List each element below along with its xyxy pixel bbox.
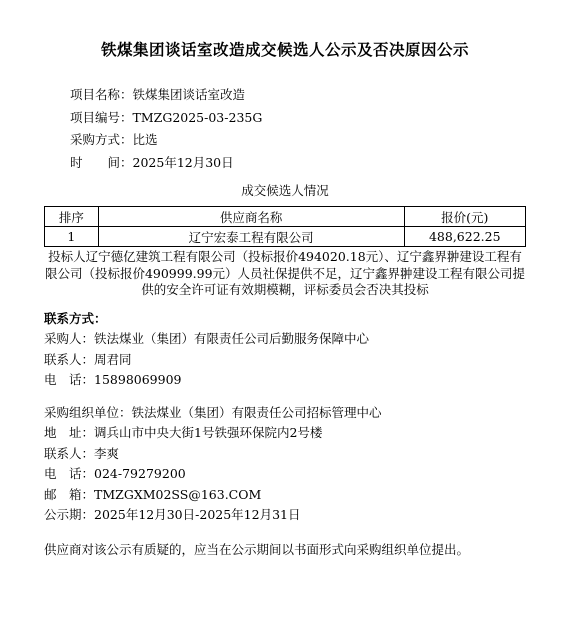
procurement-method-line: 采购方式：比选 bbox=[70, 129, 526, 152]
purchaser-contact-block: 采购人：铁法煤业（集团）有限责任公司后勤服务保障中心 联系人：周君同 电 话：1… bbox=[44, 329, 526, 391]
project-name-value: 铁煤集团谈话室改造 bbox=[133, 87, 246, 102]
cell-bid-price: 488,622.25 bbox=[404, 227, 525, 247]
procurement-method-value: 比选 bbox=[133, 132, 158, 147]
organizer-contact-person-label: 联系人： bbox=[44, 446, 94, 461]
announcement-time-label: 时 间： bbox=[70, 155, 133, 170]
purchaser-label: 采购人： bbox=[44, 331, 94, 346]
cell-rank: 1 bbox=[45, 227, 99, 247]
organizer-phone-value: 024-79279200 bbox=[94, 466, 186, 481]
organizer-address-label: 地 址： bbox=[44, 425, 94, 440]
purchaser-phone-value: 15898069909 bbox=[94, 372, 181, 387]
project-number-line: 项目编号：TMZG2025-03-235G bbox=[70, 107, 526, 130]
organizer-address-line: 地 址：调兵山市中央大街1号铁强环保院内2号楼 bbox=[44, 423, 526, 444]
purchaser-line: 采购人：铁法煤业（集团）有限责任公司后勤服务保障中心 bbox=[44, 329, 526, 350]
announcement-time-value: 2025年12月30日 bbox=[133, 155, 234, 170]
project-name-line: 项目名称：铁煤集团谈话室改造 bbox=[70, 84, 526, 107]
page-title: 铁煤集团谈话室改造成交候选人公示及否决原因公示 bbox=[44, 40, 526, 60]
organizer-label: 采购组织单位： bbox=[44, 405, 132, 420]
objection-instruction-note: 供应商对该公示有质疑的，应当在公示期间以书面形式向采购组织单位提出。 bbox=[44, 540, 526, 560]
publicity-period-line: 公示期：2025年12月30日-2025年12月31日 bbox=[44, 505, 526, 526]
purchaser-value: 铁法煤业（集团）有限责任公司后勤服务保障中心 bbox=[94, 331, 369, 346]
table-row: 1 辽宁宏泰工程有限公司 488,622.25 bbox=[45, 227, 526, 247]
publicity-period-label: 公示期： bbox=[44, 507, 94, 522]
purchaser-phone-line: 电 话：15898069909 bbox=[44, 370, 526, 391]
organizer-phone-line: 电 话：024-79279200 bbox=[44, 464, 526, 485]
cell-supplier-name: 辽宁宏泰工程有限公司 bbox=[98, 227, 404, 247]
organizer-phone-label: 电 话： bbox=[44, 466, 94, 481]
purchaser-contact-person-value: 周君同 bbox=[94, 352, 132, 367]
header-supplier-name: 供应商名称 bbox=[98, 207, 404, 227]
organizer-email-label: 邮 箱： bbox=[44, 487, 94, 502]
procurement-method-label: 采购方式： bbox=[70, 132, 133, 147]
project-number-value: TMZG2025-03-235G bbox=[133, 110, 263, 125]
announcement-time-line: 时 间：2025年12月30日 bbox=[70, 152, 526, 175]
organizer-email-line: 邮 箱：TMZGXM02SS@163.COM bbox=[44, 485, 526, 506]
purchaser-contact-person-line: 联系人：周君同 bbox=[44, 350, 526, 371]
contact-section-heading: 联系方式： bbox=[44, 309, 526, 330]
header-rank: 排序 bbox=[45, 207, 99, 227]
header-bid-price: 报价(元) bbox=[404, 207, 525, 227]
purchaser-phone-label: 电 话： bbox=[44, 372, 94, 387]
candidates-table-caption: 成交候选人情况 bbox=[44, 182, 526, 200]
project-name-label: 项目名称： bbox=[70, 87, 133, 102]
organizer-value: 铁法煤业（集团）有限责任公司招标管理中心 bbox=[132, 405, 382, 420]
purchaser-contact-person-label: 联系人： bbox=[44, 352, 94, 367]
announcement-document: 铁煤集团谈话室改造成交候选人公示及否决原因公示 项目名称：铁煤集团谈话室改造 项… bbox=[0, 0, 570, 635]
candidates-table-header-row: 排序 供应商名称 报价(元) bbox=[45, 207, 526, 227]
organizer-line: 采购组织单位：铁法煤业（集团）有限责任公司招标管理中心 bbox=[44, 403, 526, 424]
organizer-contact-person-value: 李爽 bbox=[94, 446, 119, 461]
publicity-period-value: 2025年12月30日-2025年12月31日 bbox=[94, 507, 300, 522]
project-number-label: 项目编号： bbox=[70, 110, 133, 125]
organizer-contact-block: 采购组织单位：铁法煤业（集团）有限责任公司招标管理中心 地 址：调兵山市中央大街… bbox=[44, 403, 526, 526]
organizer-email-value: TMZGXM02SS@163.COM bbox=[94, 487, 261, 502]
rejection-reason-note: 投标人辽宁德亿建筑工程有限公司（投标报价494020.18元）、辽宁鑫界翀建设工… bbox=[44, 249, 526, 299]
organizer-address-value: 调兵山市中央大街1号铁强环保院内2号楼 bbox=[94, 425, 322, 440]
project-info-block: 项目名称：铁煤集团谈话室改造 项目编号：TMZG2025-03-235G 采购方… bbox=[44, 84, 526, 174]
organizer-contact-person-line: 联系人：李爽 bbox=[44, 444, 526, 465]
candidates-table: 排序 供应商名称 报价(元) 1 辽宁宏泰工程有限公司 488,622.25 bbox=[44, 206, 526, 247]
